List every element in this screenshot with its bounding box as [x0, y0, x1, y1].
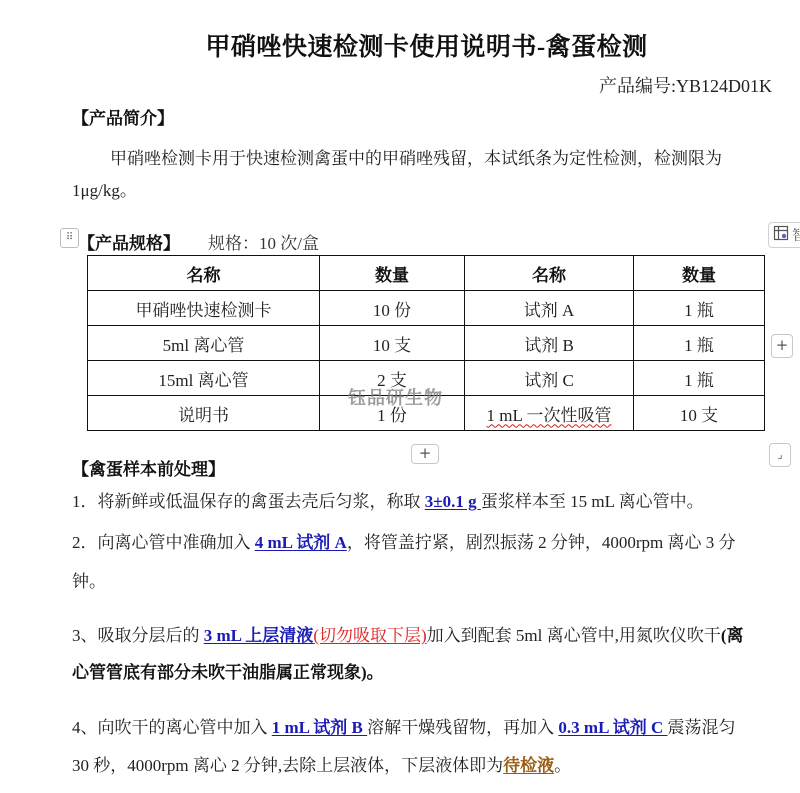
step-3-text-a: 3、吸取分层后的	[72, 626, 204, 645]
step-3-note: 心管管底有部分未吹干油脂属正常现象)。	[72, 658, 384, 683]
step-1-sample-weight: 3±0.1 g	[425, 492, 481, 511]
step-4-text-e: 。	[554, 756, 571, 775]
watermark: 钰品研生物	[348, 384, 443, 410]
table-cell: 1 瓶	[634, 326, 765, 361]
table-header-cell: 名称	[88, 256, 320, 291]
floating-toolbar-label: 智	[792, 225, 800, 245]
step-4-text-b: 溶解干燥残留物，再加入	[367, 718, 558, 737]
step-1: 1．将新鲜或低温保存的禽蛋去壳后匀浆，称取 3±0.1 g 蛋浆样本至 15 m…	[72, 487, 704, 512]
table-cell: 试剂 C	[465, 361, 634, 396]
table-cell: 10 支	[320, 326, 465, 361]
step-2-text-b: ，将管盖拧紧，剧烈振荡 2 分钟，4000rpm 离心 3 分	[347, 533, 736, 552]
step-4-cont: 30 秒，4000rpm 离心 2 分钟,去除上层液体，下层液体即为待检液。	[72, 751, 571, 776]
table-row: 5ml 离心管 10 支 试剂 B 1 瓶	[88, 326, 765, 361]
table-cell: 1 mL 一次性吸管	[465, 396, 634, 431]
intro-text-line1: 甲硝唑检测卡用于快速检测禽蛋中的甲硝唑残留，本试纸条为定性检测，检测限为	[110, 149, 722, 169]
product-code: 产品编号:YB124D01K	[599, 72, 772, 98]
spec-label: 规格：10 次/盒	[208, 229, 319, 254]
table-cell: 1 瓶	[634, 291, 765, 326]
step-4-text-a: 4、向吹干的离心管中加入	[72, 718, 272, 737]
table-header-cell: 数量	[320, 256, 465, 291]
step-4-text-c: 震荡混匀	[668, 718, 736, 737]
table-cell: 5ml 离心管	[88, 326, 320, 361]
step-3-warning: (切勿吸取下层)	[313, 626, 426, 645]
intro-text-line2: 1μg/kg。	[72, 181, 137, 201]
table-cell: 甲硝唑快速检测卡	[88, 291, 320, 326]
table-header-cell: 数量	[634, 256, 765, 291]
table-cell: 10 支	[634, 396, 765, 431]
table-cell: 试剂 A	[465, 291, 634, 326]
step-3-text-b: 加入到配套 5ml 离心管中,用氮吹仪吹干	[427, 626, 721, 645]
table-cell: 1 瓶	[634, 361, 765, 396]
step-4-text-d: 30 秒，4000rpm 离心 2 分钟,去除上层液体，下层液体即为	[72, 756, 503, 775]
table-header-cell: 名称	[465, 256, 634, 291]
table-header-row: 名称 数量 名称 数量	[88, 256, 765, 291]
table-row: 甲硝唑快速检测卡 10 份 试剂 A 1 瓶	[88, 291, 765, 326]
add-row-button[interactable]: +	[411, 444, 439, 464]
step-2-text-a: 2．向离心管中准确加入	[72, 533, 255, 552]
table-settings-icon	[773, 225, 789, 245]
step-3-supernatant: 3 mL 上层清液	[204, 626, 314, 645]
table-cell: 15ml 离心管	[88, 361, 320, 396]
table-cell: 10 份	[320, 291, 465, 326]
step-2-reagent-a: 4 mL 试剂 A	[255, 533, 347, 552]
step-3-note-start: (离	[721, 626, 744, 645]
step-4-reagent-c: 0.3 mL 试剂 C	[558, 718, 667, 737]
document-title: 甲硝唑快速检测卡使用说明书-禽蛋检测	[0, 27, 800, 63]
floating-toolbar-button[interactable]: 智	[768, 222, 800, 248]
spec-heading: 【产品规格】	[78, 229, 180, 254]
add-column-button[interactable]: +	[771, 334, 793, 358]
table-cell: 试剂 B	[465, 326, 634, 361]
step-4-reagent-b: 1 mL 试剂 B	[272, 718, 367, 737]
step-3: 3、吸取分层后的 3 mL 上层清液(切勿吸取下层)加入到配套 5ml 离心管中…	[72, 621, 744, 646]
table-cell: 说明书	[88, 396, 320, 431]
step-1-text-a: 1．将新鲜或低温保存的禽蛋去壳后匀浆，称取	[72, 492, 425, 511]
step-1-text-b: 蛋浆样本至 15 mL 离心管中。	[481, 492, 704, 511]
step-2: 2．向离心管中准确加入 4 mL 试剂 A，将管盖拧紧，剧烈振荡 2 分钟，40…	[72, 528, 735, 553]
step-2-cont: 钟。	[72, 567, 106, 592]
step-4: 4、向吹干的离心管中加入 1 mL 试剂 B 溶解干燥残留物，再加入 0.3 m…	[72, 713, 736, 738]
table-resize-icon[interactable]: ⌟	[769, 443, 791, 467]
table-drag-handle-icon[interactable]: ⠿	[60, 228, 79, 248]
step-4-test-solution: 待检液	[503, 756, 554, 775]
intro-heading: 【产品简介】	[72, 104, 174, 129]
pretreatment-heading: 【禽蛋样本前处理】	[72, 455, 225, 480]
